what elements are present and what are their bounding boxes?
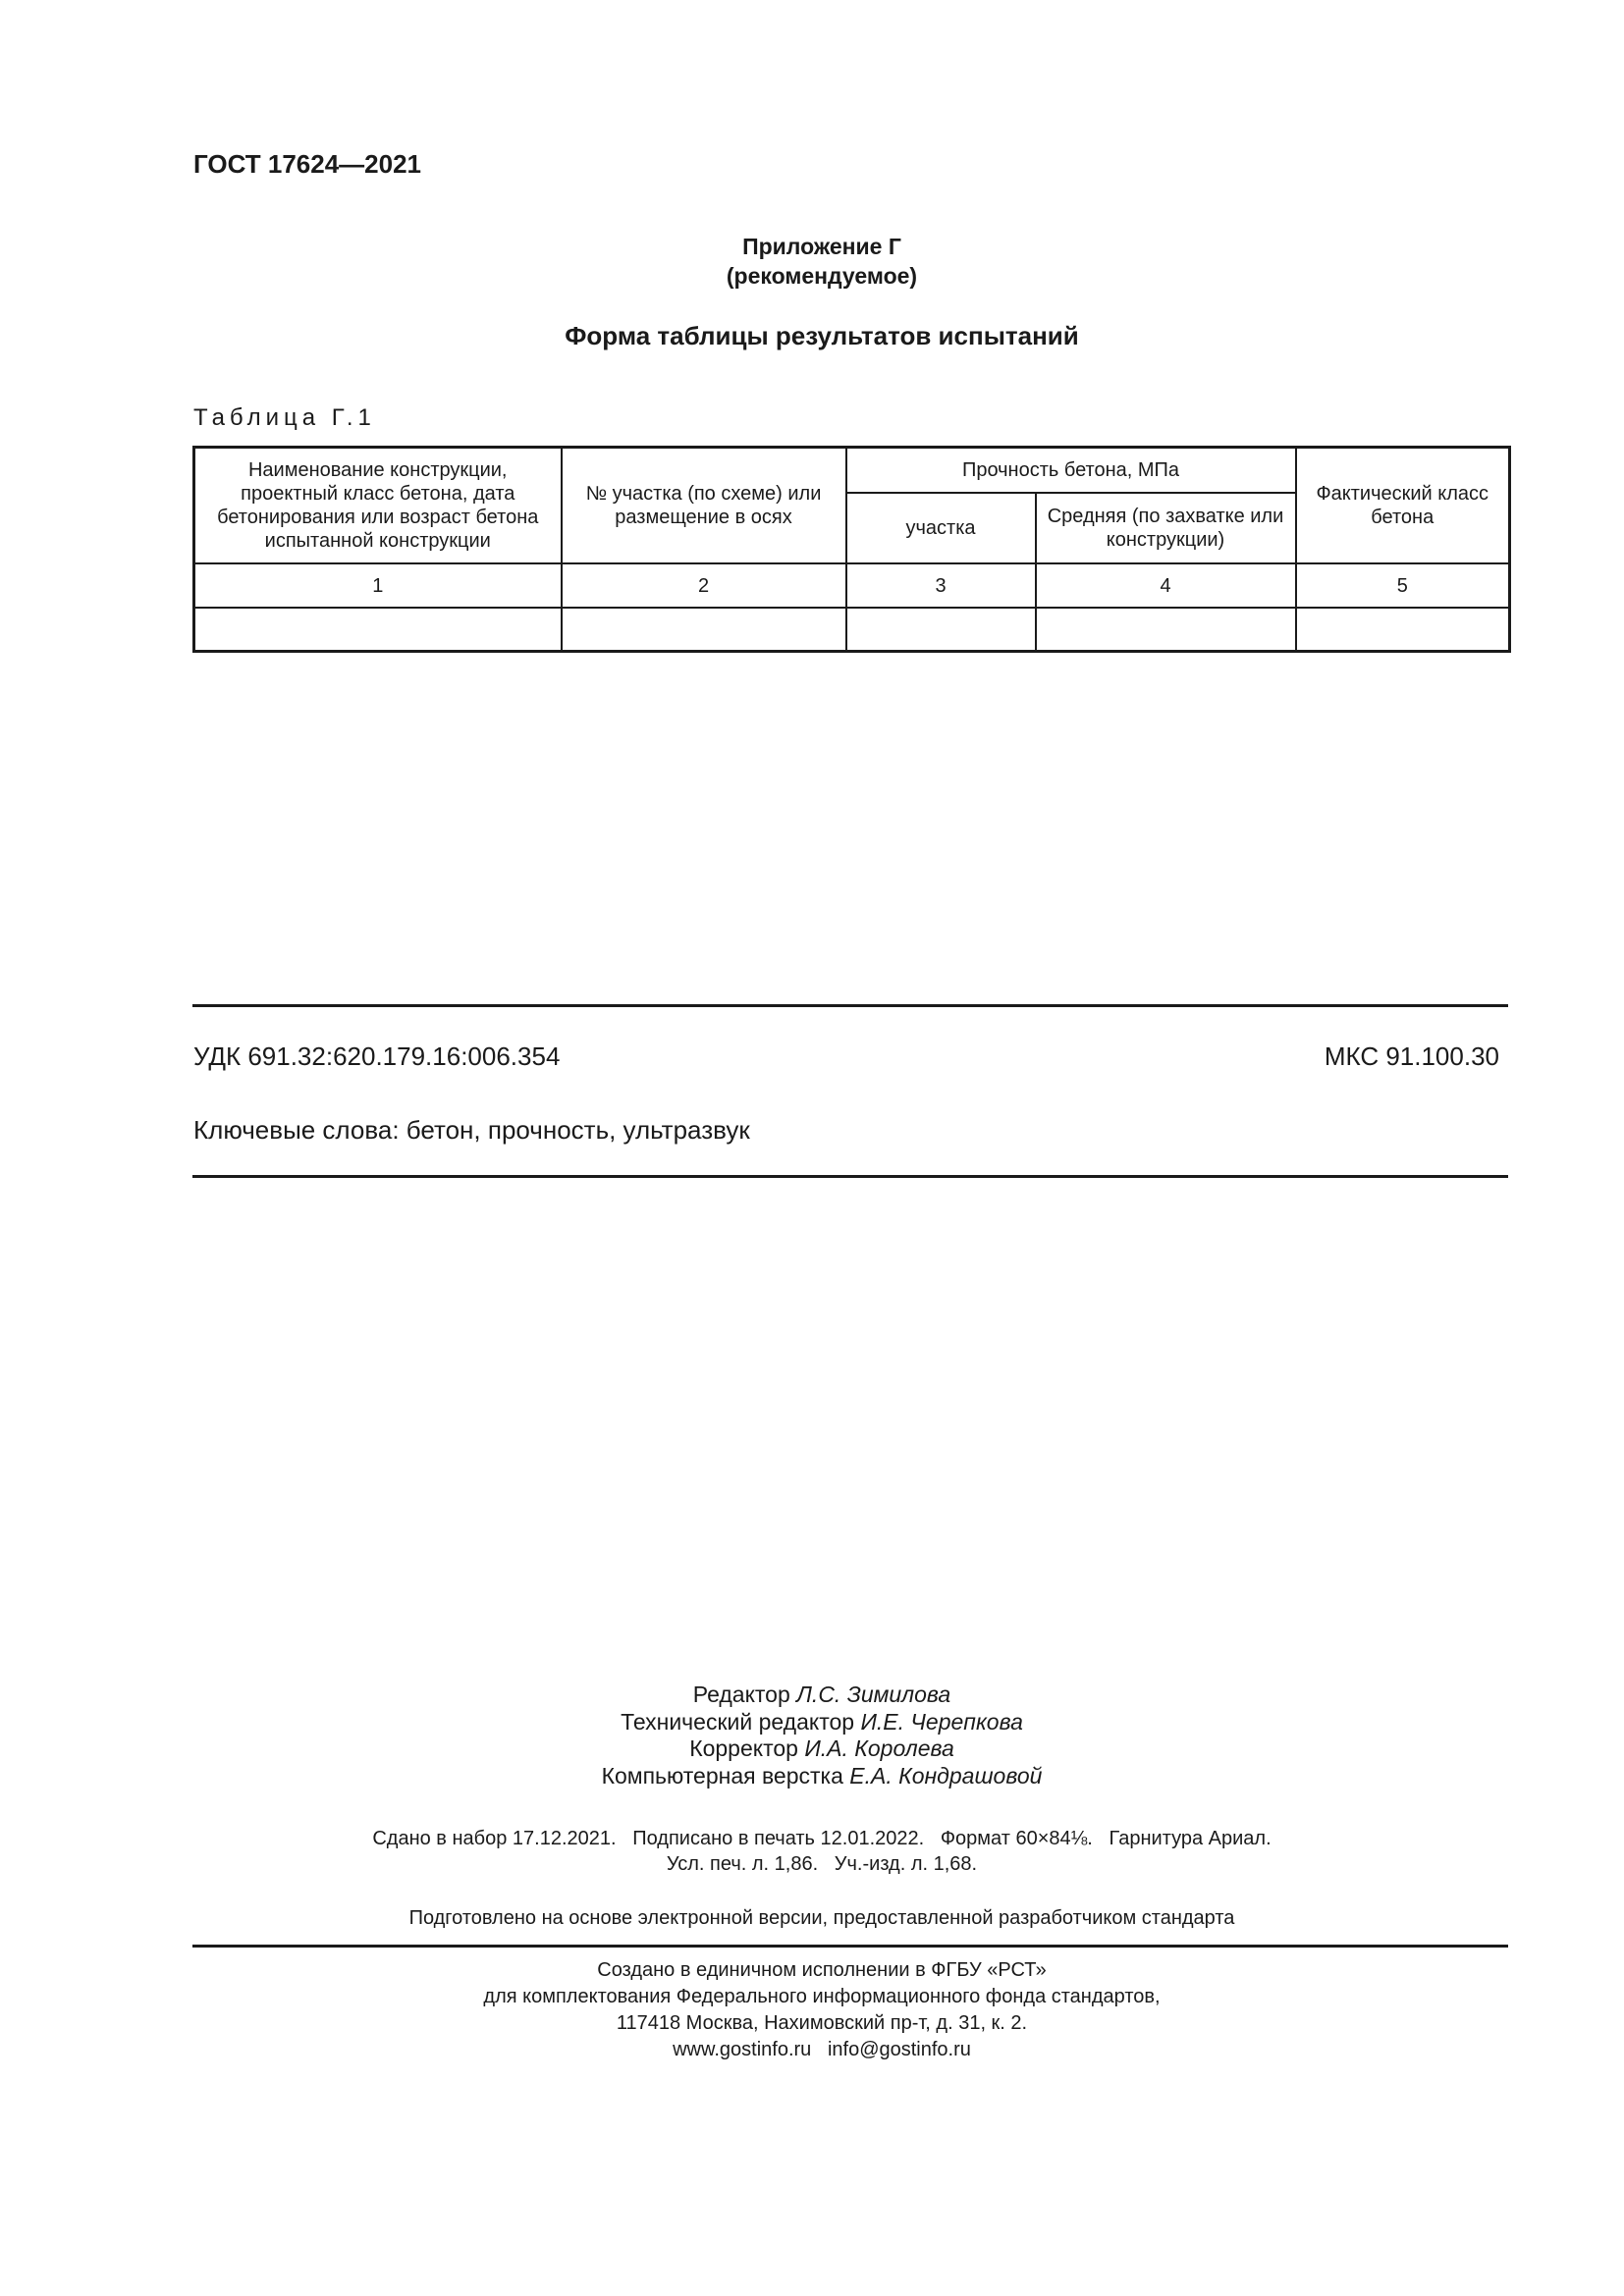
credit-layout: Компьютерная верстка Е.А. Кондрашовой [20, 1763, 1624, 1790]
table-caption: Таблица Г.1 [193, 404, 376, 432]
table-row [194, 608, 1510, 652]
print-details: Сдано в набор 17.12.2021. Подписано в пе… [0, 1826, 1624, 1877]
credit-proofreader: Корректор И.А. Королева [20, 1735, 1624, 1763]
appendix-status: (рекомендуемое) [0, 261, 1624, 291]
divider-rule [192, 1175, 1508, 1178]
table-cell [194, 608, 562, 652]
column-number: 4 [1036, 563, 1296, 608]
header-concrete-strength: Прочность бетона, МПа [846, 448, 1296, 494]
mks-code: МКС 91.100.30 [1325, 1041, 1499, 1072]
credit-editor: Редактор Л.С. Зимилова [20, 1682, 1624, 1709]
table-cell [1036, 608, 1296, 652]
header-section-strength: участка [846, 493, 1036, 563]
editorial-credits: Редактор Л.С. Зимилова Технический редак… [0, 1682, 1624, 1789]
prepared-note: Подготовлено на основе электронной верси… [0, 1905, 1624, 1931]
divider-rule [192, 1945, 1508, 1948]
document-id: ГОСТ 17624—2021 [193, 149, 421, 180]
divider-rule [192, 1004, 1508, 1007]
udk-code: УДК 691.32:620.179.16:006.354 [193, 1041, 560, 1072]
column-number-row: 1 2 3 4 5 [194, 563, 1510, 608]
email-link[interactable]: info@gostinfo.ru [828, 2039, 971, 2060]
table-cell [1296, 608, 1510, 652]
header-structure-name: Наименование конструкции, проектный клас… [194, 448, 562, 564]
column-number: 2 [562, 563, 846, 608]
credit-technical-editor: Технический редактор И.Е. Черепкова [20, 1709, 1624, 1736]
website-link[interactable]: www.gostinfo.ru [673, 2039, 811, 2060]
publisher-info: Создано в единичном исполнении в ФГБУ «Р… [0, 1957, 1624, 2063]
results-table: Наименование конструкции, проектный клас… [192, 446, 1511, 653]
column-number: 5 [1296, 563, 1510, 608]
form-title: Форма таблицы результатов испытаний [0, 320, 1624, 351]
table-header-row: Наименование конструкции, проектный клас… [194, 448, 1510, 494]
keywords: Ключевые слова: бетон, прочность, ультра… [193, 1115, 750, 1146]
header-section-number: № участка (по схеме) или размещение в ос… [562, 448, 846, 564]
header-average-strength: Средняя (по захватке или конструкции) [1036, 493, 1296, 563]
column-number: 1 [194, 563, 562, 608]
appendix-title: Приложение Г [0, 232, 1624, 261]
header-actual-class: Фактический класс бетона [1296, 448, 1510, 564]
table-cell [562, 608, 846, 652]
column-number: 3 [846, 563, 1036, 608]
table-cell [846, 608, 1036, 652]
